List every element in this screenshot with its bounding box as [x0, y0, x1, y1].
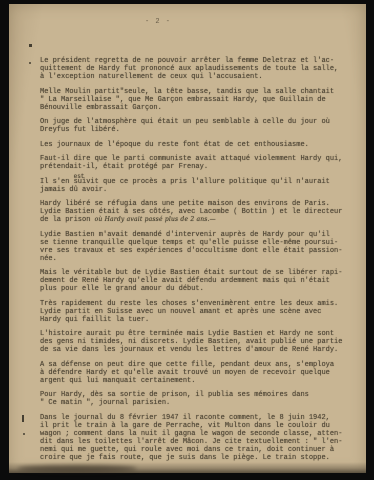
text-line: née. — [40, 255, 352, 263]
typed-text: Faut-il dire que le parti communiste ava… — [40, 155, 342, 163]
typed-text: dit dans les toilettes l'arrêt de Mâcon.… — [40, 438, 342, 446]
paragraph: On juge de l'atmosphère qui était un peu… — [40, 118, 352, 134]
typed-text: plus pour elle le grand amour du début. — [40, 285, 204, 293]
text-line: plus pour elle le grand amour du début. — [40, 285, 352, 293]
margin-mark-icon — [22, 415, 24, 422]
typed-text: Melle Moulin partit"seule, la tête basse… — [40, 88, 334, 96]
text-line: argent qui lui manquait certainement. — [40, 377, 352, 385]
typed-text: Le président regretta de ne pouvoir arrê… — [40, 57, 334, 65]
typed-text: Dans le journal du 8 février 1947 il rac… — [40, 414, 330, 422]
typed-text: jamais dû avoir. — [40, 186, 107, 194]
typed-text: " La Marseillaise ", que Me Garçon embra… — [40, 96, 326, 104]
typed-text: de sa vie dans les journaux et vendu les… — [40, 346, 338, 354]
typed-text: dement de René Hardy qu'elle avait défen… — [40, 277, 330, 285]
handwritten-annotation: où Hardy avait passé plus de 2 ans.— — [95, 216, 216, 223]
text-line: Il s'en estsuivit que ce procès a pris l… — [40, 178, 352, 186]
paragraph: Mais le véritable but de Lydie Bastien é… — [40, 269, 352, 293]
paragraph: Lydie Bastien m'avait demandé d'interven… — [40, 231, 352, 263]
text-line: à l'exception naturellement de ceux qui … — [40, 73, 352, 81]
text-line: L'histoire aurait pu être terminée mais … — [40, 330, 352, 338]
paragraph: Dans le journal du 8 février 1947 il rac… — [40, 414, 352, 462]
text-line: Pour Hardy, dès sa sortie de prison, il … — [40, 391, 352, 399]
text-line: jamais dû avoir. — [40, 186, 352, 194]
text-line: Lydie Bastien m'avait demandé d'interven… — [40, 231, 352, 239]
text-line: à défendre Hardy et qu'elle avait trouvé… — [40, 369, 352, 377]
typed-text: des gens ni timides, ni discrets. Lydie … — [40, 338, 342, 346]
typed-text: suivit que ce procès a pris l'allure pol… — [74, 178, 330, 186]
text-line: Très rapidement du reste les choses s'en… — [40, 300, 352, 308]
typed-text: quittement de Hardy fut prononcé aux apl… — [40, 65, 338, 73]
typed-text: Mais le véritable but de Lydie Bastien é… — [40, 269, 342, 277]
text-line: " La Marseillaise ", que Me Garçon embra… — [40, 96, 352, 104]
typed-text: Il s'en — [40, 178, 74, 186]
paragraph: Le président regretta de ne pouvoir arrê… — [40, 57, 352, 81]
text-line: Hardy qui faillit la tuer. — [40, 316, 352, 324]
text-line: Melle Moulin partit"seule, la tête basse… — [40, 88, 352, 96]
typed-text: wagon ; comment dans la nuit il gagna le… — [40, 430, 342, 438]
paragraph: Faut-il dire que le parti communiste ava… — [40, 155, 352, 171]
typed-text: croire que je fais route, que je suis da… — [40, 454, 330, 462]
paragraph: Pour Hardy, dès sa sortie de prison, il … — [40, 391, 352, 407]
margin-mark-icon — [29, 62, 31, 64]
typed-text: Lydie partit en Suisse avec un nouvel am… — [40, 308, 321, 316]
text-line: Le président regretta de ne pouvoir arrê… — [40, 57, 352, 65]
text-line: A sa défense on peut dire que cette fill… — [40, 361, 352, 369]
text-line: Les journaux de l'époque du reste font é… — [40, 141, 352, 149]
typed-text: nemi qui me guette, qui roule avec moi d… — [40, 446, 334, 454]
text-line: dit dans les toilettes l'arrêt de Mâcon.… — [40, 438, 352, 446]
typed-text: L'histoire aurait pu être terminée mais … — [40, 330, 334, 338]
scanned-document: - 2 - Le président regretta de ne pouvoi… — [0, 0, 374, 480]
typed-text: Hardy libéré se réfugia dans une petite … — [40, 200, 330, 208]
typed-text: prétendait-il, était protégé par Frenay. — [40, 163, 208, 171]
typed-text: Lydie Bastien était à ses côtés, avec La… — [40, 208, 342, 216]
text-line: Lydie partit en Suisse avec un nouvel am… — [40, 308, 352, 316]
text-line: de sa vie dans les journaux et vendu les… — [40, 346, 352, 354]
text-line: croire que je fais route, que je suis da… — [40, 454, 352, 462]
typed-text: se tienne tranquille quelque temps et qu… — [40, 239, 338, 247]
margin-mark-icon — [29, 44, 32, 47]
margin-mark-icon — [23, 433, 25, 435]
text-line: Faut-il dire que le parti communiste ava… — [40, 155, 352, 163]
text-line: Bénouville embrassait Garçon. — [40, 104, 352, 112]
text-line: dement de René Hardy qu'elle avait défen… — [40, 277, 352, 285]
text-line: se tienne tranquille quelque temps et qu… — [40, 239, 352, 247]
typed-text: Dreyfus fut libéré. — [40, 126, 120, 134]
paragraph: Il s'en estsuivit que ce procès a pris l… — [40, 178, 352, 194]
text-line: " Ce matin ", journal parisien. — [40, 399, 352, 407]
text-line: vre ses travaux et ses expériences d'occ… — [40, 247, 352, 255]
typed-text: Les journaux de l'époque du reste font é… — [40, 141, 309, 149]
text-line: Lydie Bastien était à ses côtés, avec La… — [40, 208, 352, 216]
typed-text: à l'exception naturellement de ceux qui … — [40, 73, 263, 81]
typed-text: " Ce matin ", journal parisien. — [40, 399, 170, 407]
text-line: de la prison où Hardy avait passé plus d… — [40, 216, 352, 224]
text-line: wagon ; comment dans la nuit il gagna le… — [40, 430, 352, 438]
paragraph: Hardy libéré se réfugia dans une petite … — [40, 200, 352, 224]
typed-text: On juge de l'atmosphère qui était un peu… — [40, 118, 330, 126]
text-line: prétendait-il, était protégé par Frenay. — [40, 163, 352, 171]
typed-text: Pour Hardy, dès sa sortie de prison, il … — [40, 391, 309, 399]
paragraph: L'histoire aurait pu être terminée mais … — [40, 330, 352, 354]
text-line: il prit le train à la gare de Perrache, … — [40, 422, 352, 430]
text-line: Mais le véritable but de Lydie Bastien é… — [40, 269, 352, 277]
text-line: des gens ni timides, ni discrets. Lydie … — [40, 338, 352, 346]
typed-text: à défendre Hardy et qu'elle avait trouvé… — [40, 369, 330, 377]
page-number: - 2 - — [127, 18, 189, 26]
paragraph: Melle Moulin partit"seule, la tête basse… — [40, 88, 352, 112]
paragraph: Très rapidement du reste les choses s'en… — [40, 300, 352, 324]
typed-text: Hardy qui faillit la tuer. — [40, 316, 149, 324]
page-edge-shadow — [17, 465, 137, 472]
typed-text: vre ses travaux et ses expériences d'occ… — [40, 247, 342, 255]
typed-text: de la prison — [40, 216, 95, 224]
text-line: On juge de l'atmosphère qui était un peu… — [40, 118, 352, 126]
typed-text: A sa défense on peut dire que cette fill… — [40, 361, 334, 369]
typed-text: Lydie Bastien m'avait demandé d'interven… — [40, 231, 330, 239]
text-line: Hardy libéré se réfugia dans une petite … — [40, 200, 352, 208]
typed-text: Très rapidement du reste les choses s'en… — [40, 300, 338, 308]
paragraph: A sa défense on peut dire que cette fill… — [40, 361, 352, 385]
paragraph: Les journaux de l'époque du reste font é… — [40, 141, 352, 149]
text-line: Dans le journal du 8 février 1947 il rac… — [40, 414, 352, 422]
typed-text: née. — [40, 255, 57, 263]
text-line: quittement de Hardy fut prononcé aux apl… — [40, 65, 352, 73]
typed-text: Bénouville embrassait Garçon. — [40, 104, 162, 112]
typewritten-text: Le président regretta de ne pouvoir arrê… — [40, 57, 352, 468]
text-line: Dreyfus fut libéré. — [40, 126, 352, 134]
typed-text: il prit le train à la gare de Perrache, … — [40, 422, 330, 430]
text-line: nemi qui me guette, qui roule avec moi d… — [40, 446, 352, 454]
document-page: - 2 - Le président regretta de ne pouvoi… — [9, 4, 366, 473]
typed-text: argent qui lui manquait certainement. — [40, 377, 195, 385]
